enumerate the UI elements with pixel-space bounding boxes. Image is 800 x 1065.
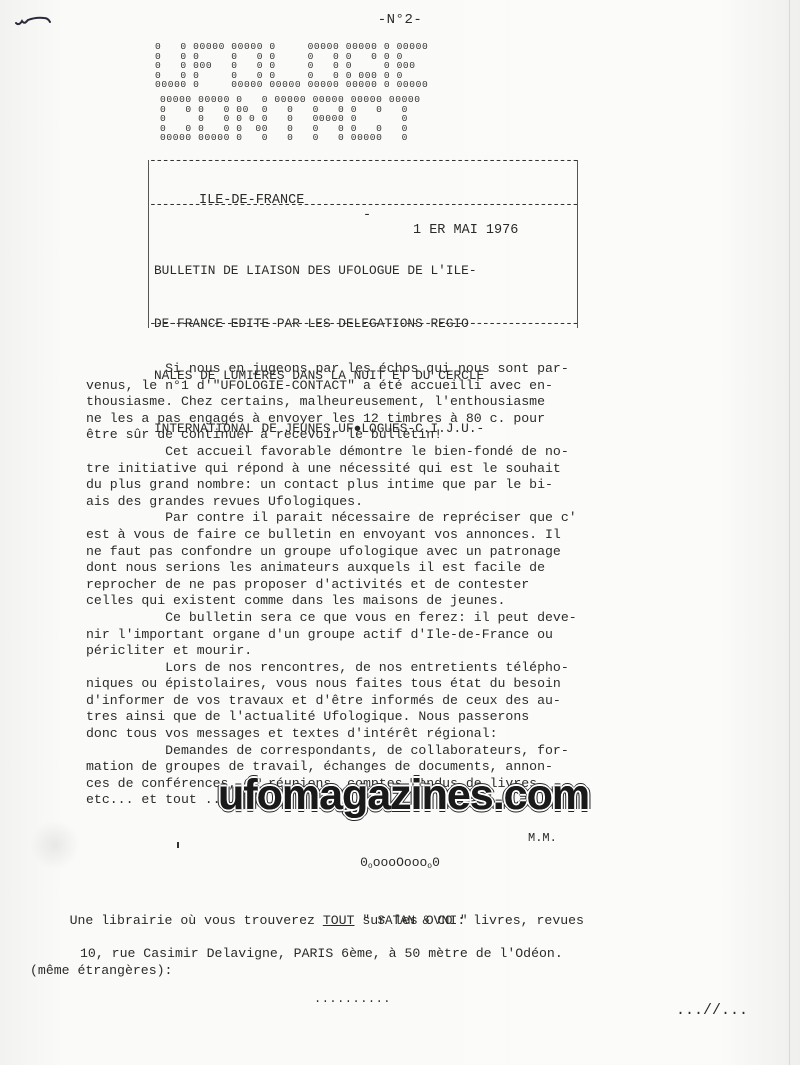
ascii-title-contact: 00000 00000 0 0 00000 00000 00000 00000 … <box>160 95 421 143</box>
body-line: venus, le n°1 d'"UFOLOGIE-CONTACT" a été… <box>86 378 726 395</box>
description-line: BULLETIN DE LIAISON DES UFOLOGUE DE L'IL… <box>154 262 579 280</box>
ornament-right: 0 <box>432 855 440 870</box>
body-line: du plus grand nombre: un contact plus in… <box>86 477 726 494</box>
page-edge <box>789 0 790 1065</box>
body-line: reprocher de ne pas proposer d'activités… <box>86 577 726 594</box>
body-line: d'informer de vos travaux et d'être info… <box>86 693 726 710</box>
body-line: ne les a pas engagés à envoyer les 12 ti… <box>86 411 726 428</box>
body-line: péricliter et mourir. <box>86 643 726 660</box>
body-line: Par contre il parait nécessaire de repré… <box>86 510 726 527</box>
body-line: dont nous serions les animateurs auxquel… <box>86 560 726 577</box>
section-ornament: 0ooooOoooo0 <box>0 855 800 871</box>
continued-marker: ...//... <box>676 1002 748 1019</box>
info-box: ----------------------------------------… <box>148 160 578 328</box>
stray-mark <box>177 842 179 848</box>
ornament-middle: oooOooo <box>373 855 428 870</box>
ornament-left: 0 <box>360 855 368 870</box>
body-line: Si nous en jugeons par les échos qui nou… <box>86 361 726 378</box>
body-line: est à vous de faire ce bulletin en envoy… <box>86 527 726 544</box>
dashed-rule-middle: ----------------------------------------… <box>149 198 577 211</box>
editorial-body: Si nous en jugeons par les échos qui nou… <box>86 361 726 809</box>
body-line: être sûr de continuer à recevoir le bull… <box>86 427 726 444</box>
body-line: celles qui existent comme dans les maiso… <box>86 593 726 610</box>
body-line: Lors de nos rencontres, de nos entretien… <box>86 660 726 677</box>
bookshop-intro-line2: (même étrangères): <box>30 963 584 980</box>
ascii-title-ufologie: 0 0 00000 00000 0 00000 00000 0 00000 0 … <box>155 42 428 90</box>
body-line: donc tous vos messages et textes d'intér… <box>86 726 726 743</box>
body-line: ais des grandes revues Ufologiques. <box>86 494 726 511</box>
body-line: thousiasme. Chez certains, malheureuseme… <box>86 394 726 411</box>
body-line: tres ainsi que de l'actualité Ufologique… <box>86 709 726 726</box>
body-line: niques ou épistolaires, vous nous faites… <box>86 676 726 693</box>
body-line: Demandes de correspondants, de collabora… <box>86 743 726 760</box>
body-line: Cet accueil favorable démontre le bien-f… <box>86 444 726 461</box>
dashed-rule-top: ----------------------------------------… <box>149 154 577 167</box>
author-signature: M.M. <box>528 831 557 845</box>
body-line: Ce bulletin sera ce que vous en ferez: i… <box>86 610 726 627</box>
dotted-separator: .......... <box>314 992 391 1006</box>
scanned-page: -N°2- 0 0 00000 00000 0 00000 00000 0 00… <box>0 0 800 1065</box>
issue-number: -N°2- <box>0 12 800 28</box>
body-line: tre initiative qui répond à une nécessit… <box>86 461 726 478</box>
body-line: nir l'important organe d'un groupe actif… <box>86 627 726 644</box>
body-line: ne faut pas confondre un groupe ufologiq… <box>86 544 726 561</box>
dashed-rule-bottom: ----------------------------------------… <box>149 317 577 330</box>
watermark: ufomagazines.com <box>218 774 589 817</box>
bookshop-address: 10, rue Casimir Delavigne, PARIS 6ème, à… <box>80 946 563 961</box>
bookshop-name: " SATAN & CO " <box>0 914 800 928</box>
